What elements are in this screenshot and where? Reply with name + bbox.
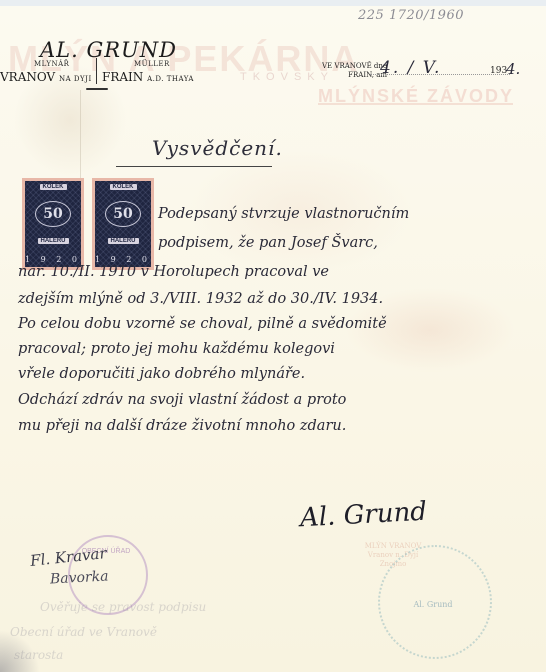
body-line-2: podpisem, že pan Josef Švarc, <box>158 235 378 251</box>
letterhead-ornament <box>86 88 108 90</box>
stamp-band-top: KOLEK <box>40 184 67 190</box>
date-handwritten: 4. / V. <box>380 58 441 78</box>
letterhead-left-place-suffix: NA DYJI <box>59 75 92 83</box>
letterhead-divider <box>96 58 97 84</box>
body-line-1: Podepsaný stvrzuje vlastnoručním <box>158 206 409 222</box>
stamp-band-bottom: HALÉŘŮ <box>38 238 69 244</box>
witness-signature-2: Bavorka <box>50 568 109 587</box>
right-seal-text: Al. Grund <box>390 600 476 609</box>
stamp-lion-year: 1 9 2 0 <box>95 255 151 264</box>
body-line-7: vřele doporučiti jako dobrého mlynáře. <box>18 366 305 382</box>
body-line-3: nar. 10./II. 1910 v Horolupech pracoval … <box>18 264 329 280</box>
faint-note-1: Ověřuje se pravost podpisu <box>40 600 206 614</box>
scan-corner-shadow <box>0 630 40 672</box>
letterhead-left-place: VRANOV NA DYJI <box>0 70 92 84</box>
title-underline <box>116 166 272 167</box>
scan-top-edge <box>0 0 546 6</box>
stamp-value: 50 <box>35 201 71 227</box>
body-line-9: mu přeji na další dráze životní mnoho zd… <box>18 418 346 434</box>
stamp-lion-year: 1 9 2 0 <box>25 255 81 264</box>
letterhead-right-place-name: FRAIN <box>102 70 143 84</box>
body-line-4: zdejším mlýně od 3./VIII. 1932 až do 30.… <box>18 291 383 307</box>
date-year-handwritten: 4. <box>506 60 520 78</box>
letterhead-left-label: MLYNÁŘ <box>34 60 69 68</box>
letterhead-right-place-suffix: A.D. THAYA <box>147 75 194 83</box>
date-prefix: VE VRANOVĚ dne FRAIN, am <box>322 62 387 80</box>
document-title: Vysvědčení. <box>152 136 283 160</box>
stamp-band-top: KOLEK <box>110 184 137 190</box>
stamp-band-bottom: HALÉŘŮ <box>108 238 139 244</box>
revenue-stamp-1: KOLEK 50 HALÉŘŮ 1 9 2 0 <box>22 178 84 270</box>
body-line-5: Po celou dobu vzorně se choval, pilně a … <box>18 316 387 332</box>
reference-number: 225 1720/1960 <box>358 8 464 23</box>
date-prefix-line1: VE VRANOVĚ dne <box>322 62 387 71</box>
stamp-value: 50 <box>105 201 141 227</box>
background-rule <box>318 103 513 105</box>
body-line-8: Odchází zdráv na svoji vlastní žádost a … <box>18 392 346 408</box>
background-vertical-line <box>80 90 81 190</box>
letterhead-right-label: MÜLLER <box>134 60 170 68</box>
letterhead-right-place: FRAIN A.D. THAYA <box>102 70 194 84</box>
date-prefix-line2: FRAIN, am <box>322 71 387 80</box>
letterhead-left-place-name: VRANOV <box>0 70 55 84</box>
body-line-6: pracoval; proto jej mohu každému kolegov… <box>18 341 335 357</box>
date-year-printed: 193 <box>490 66 507 76</box>
revenue-stamp-2: KOLEK 50 HALÉŘŮ 1 9 2 0 <box>92 178 154 270</box>
letterhead-name: AL. GRUND <box>40 38 177 62</box>
background-brand-subtitle: TKOVSKY <box>240 71 334 83</box>
